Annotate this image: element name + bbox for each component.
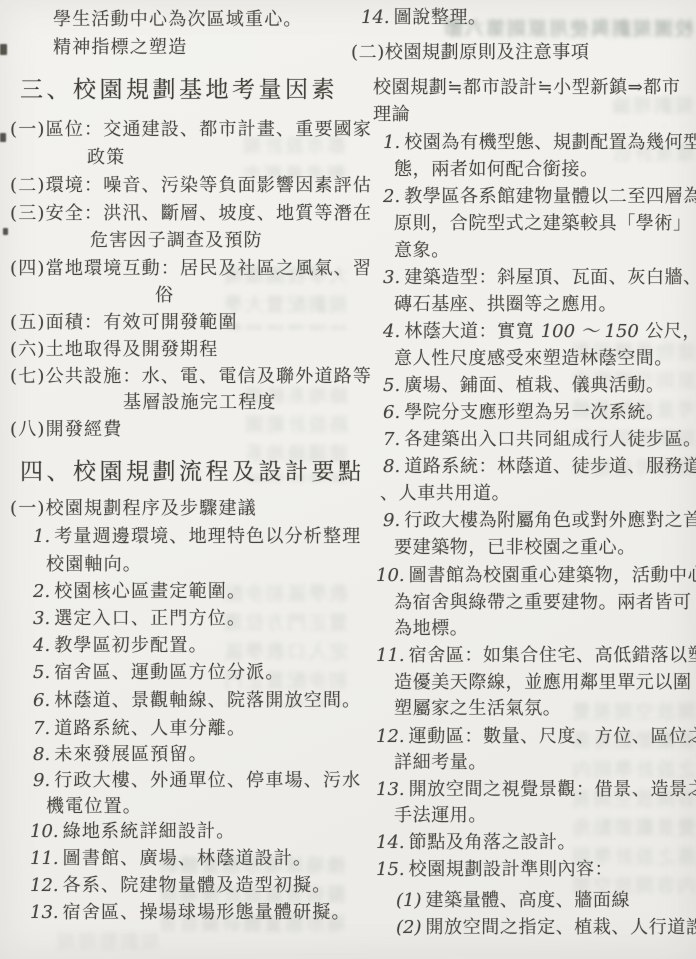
text-line: 12.運動區：數量、尺度、方位、區位之	[376, 726, 696, 748]
item-number: 12.	[376, 726, 405, 747]
item-number: 6.	[33, 690, 50, 711]
text-line: (五)面積：有效可開發範圍	[10, 312, 238, 334]
item-number: 5.	[383, 375, 400, 396]
text-line: 基層設施完工程度	[123, 392, 277, 414]
text-line: 5.宿舍區、運動區方位分派。	[33, 662, 285, 684]
text-line: 危害因子調查及預防	[90, 230, 263, 252]
text-line: 精神指標之塑造	[53, 37, 187, 59]
item-number: 9.	[383, 510, 400, 531]
item-number: 7.	[33, 718, 50, 739]
text-line: 2.校園核心區畫定範圍。	[33, 581, 246, 603]
text-line: 1.考量週邊環境、地理特色以分析整理	[33, 526, 361, 548]
item-number: (1)	[396, 890, 422, 911]
text-line: 為宿舍與綠帶之重要建物。兩者皆可	[394, 592, 692, 614]
text-line: 意象。	[394, 240, 450, 262]
text-line: 14.圖說整理。	[361, 7, 487, 29]
text-line: 10.綠地系統詳細設計。	[30, 821, 235, 843]
text-line: 校園軸向。	[46, 554, 142, 576]
text-line: 1.校園為有機型態、規劃配置為幾何型	[383, 132, 696, 154]
item-number: 11.	[30, 848, 59, 869]
text-line: (六)土地取得及開發期程	[10, 339, 218, 361]
text-line: 6.學院分支應形塑為另一次系統。	[383, 402, 665, 424]
text-line: (七)公共設施：水、電、電信及聯外道路等	[10, 366, 372, 388]
item-number: 8.	[383, 456, 400, 477]
text-line: 7.各建築出入口共同組成行人徒步區。	[383, 429, 696, 451]
item-number: 4.	[383, 321, 400, 342]
text-line: 3.建築造型：斜屋頂、瓦面、灰白牆、	[383, 267, 696, 289]
text-line: 10.圖書館為校園重心建築物，活動中心	[376, 565, 696, 587]
item-number: 1.	[33, 526, 50, 547]
text-line: 12.各系、院建物量體及造型初擬。	[30, 875, 331, 897]
text-line: 8.道路系統：林蔭道、徒步道、服務道	[383, 456, 696, 478]
text-line: 詳細考量。	[394, 752, 487, 774]
item-number: 14.	[361, 7, 390, 28]
item-number: 3.	[33, 608, 50, 629]
item-number: (2)	[396, 917, 422, 938]
text-line: 磚石基座、拱圈等之應用。	[394, 294, 617, 316]
text-line: 塑屬家之生活氣氛。	[394, 698, 561, 720]
text-line: 15.校園規劃設計準則內容：	[376, 859, 613, 881]
item-number: 10.	[376, 565, 405, 586]
text-line: 理論	[373, 104, 410, 126]
item-number: 9.	[33, 770, 50, 791]
text-line: 13.開放空間之視覺景觀：借景、造景之	[376, 779, 696, 801]
item-number: 15.	[376, 859, 405, 880]
text-line: 8.未來發展區預留。	[33, 744, 208, 766]
text-line: 5.廣場、鋪面、植栽、儀典活動。	[383, 375, 665, 397]
text-line: 態，兩者如何配合銜接。	[394, 159, 599, 181]
text-line: 2.教學區各系館建物量體以二至四層為	[383, 186, 696, 208]
text-line: 3.選定入口、正門方位。	[33, 608, 246, 630]
item-number: 7.	[383, 429, 400, 450]
text-line: 為地標。	[394, 618, 468, 640]
text-line: 14.節點及角落之設計。	[376, 832, 576, 854]
text-line: 意人性尺度感受來塑造林蔭空間。	[394, 348, 673, 370]
text-line: 校園規劃≒都市設計≒小型新鎮⇒都市	[373, 77, 680, 99]
text-line: 學生活動中心為次區域重心。	[53, 9, 303, 31]
text-line: (一)校園規劃程序及步驟建議	[10, 498, 257, 520]
scan-edge-mark	[3, 228, 8, 235]
text-line: (一)區位：交通建設、都市計畫、重要國家	[10, 119, 372, 141]
section-heading: 三、校園規劃基地考量因素	[20, 76, 338, 104]
text-line: 要建築物，已非校園之重心。	[394, 537, 636, 559]
item-number: 6.	[383, 402, 400, 423]
text-line: 4.林蔭大道：實寬 100 ～ 150 公尺，注	[383, 321, 696, 343]
item-number: 4.	[33, 635, 50, 656]
text-line: (1)建築量體、高度、牆面線	[396, 890, 630, 912]
bleedthrough-smudge: 規劃整理規劃整理規劃整理	[40, 928, 160, 954]
item-number: 10.	[30, 821, 59, 842]
text-line: 政策	[87, 147, 125, 169]
item-number: 2.	[33, 581, 50, 602]
text-line: (三)安全：洪汛、斷層、坡度、地質等潛在	[10, 203, 372, 225]
scan-edge-mark	[0, 133, 6, 142]
text-line: 造優美天際線，並應用鄰里單元以圍	[394, 672, 692, 694]
item-number: 1.	[383, 132, 400, 153]
text-line: 手法運用。	[394, 805, 487, 827]
text-line: (二)環境：噪音、污染等負面影響因素評估	[10, 175, 372, 197]
text-line: 、人車共用道。	[380, 483, 510, 505]
item-number: 13.	[376, 779, 405, 800]
text-line: (四)當地環境互動：居民及社區之風氣、習	[10, 258, 372, 280]
text-line: 原則，合院型式之建築較具「學術」	[394, 213, 692, 235]
text-line: 11.宿舍區：如集合住宅、高低錯落以塑	[376, 645, 696, 667]
text-line: 4.教學區初步配置。	[33, 635, 208, 657]
item-number: 11.	[376, 645, 405, 666]
text-line: 7.道路系統、人車分離。	[33, 718, 246, 740]
section-heading: 四、校園規劃流程及設計要點	[20, 458, 365, 486]
text-line: (二)校園規劃原則及注意事項	[351, 42, 589, 64]
item-number: 5.	[33, 662, 50, 683]
text-line: (2)開放空間之指定、植栽、人行道設	[396, 917, 696, 939]
text-line: 機電位置。	[46, 796, 142, 818]
text-line: 9.行政大樓為附屬角色或對外應對之首	[383, 510, 696, 532]
item-number: 13.	[30, 902, 59, 923]
text-line: (八)開發經費	[10, 419, 122, 441]
text-line: 9.行政大樓、外通單位、停車場、污水	[33, 770, 361, 792]
text-line: 6.林蔭道、景觀軸線、院落開放空間。	[33, 690, 361, 712]
text-line: 俗	[155, 285, 174, 307]
text-line: 13.宿舍區、操場球場形態量體研擬。	[30, 902, 351, 924]
text-line: 11.圖書館、廣場、林蔭道設計。	[30, 848, 312, 870]
item-number: 8.	[33, 744, 50, 765]
scan-edge-mark	[0, 44, 7, 55]
item-number: 2.	[383, 186, 400, 207]
item-number: 14.	[376, 832, 405, 853]
item-number: 3.	[383, 267, 400, 288]
scanned-document-page: 學生活動中心為次區域重心。精神指標之塑造三、校園規劃基地考量因素(一)區位：交通…	[0, 0, 696, 959]
item-number: 12.	[30, 875, 59, 896]
